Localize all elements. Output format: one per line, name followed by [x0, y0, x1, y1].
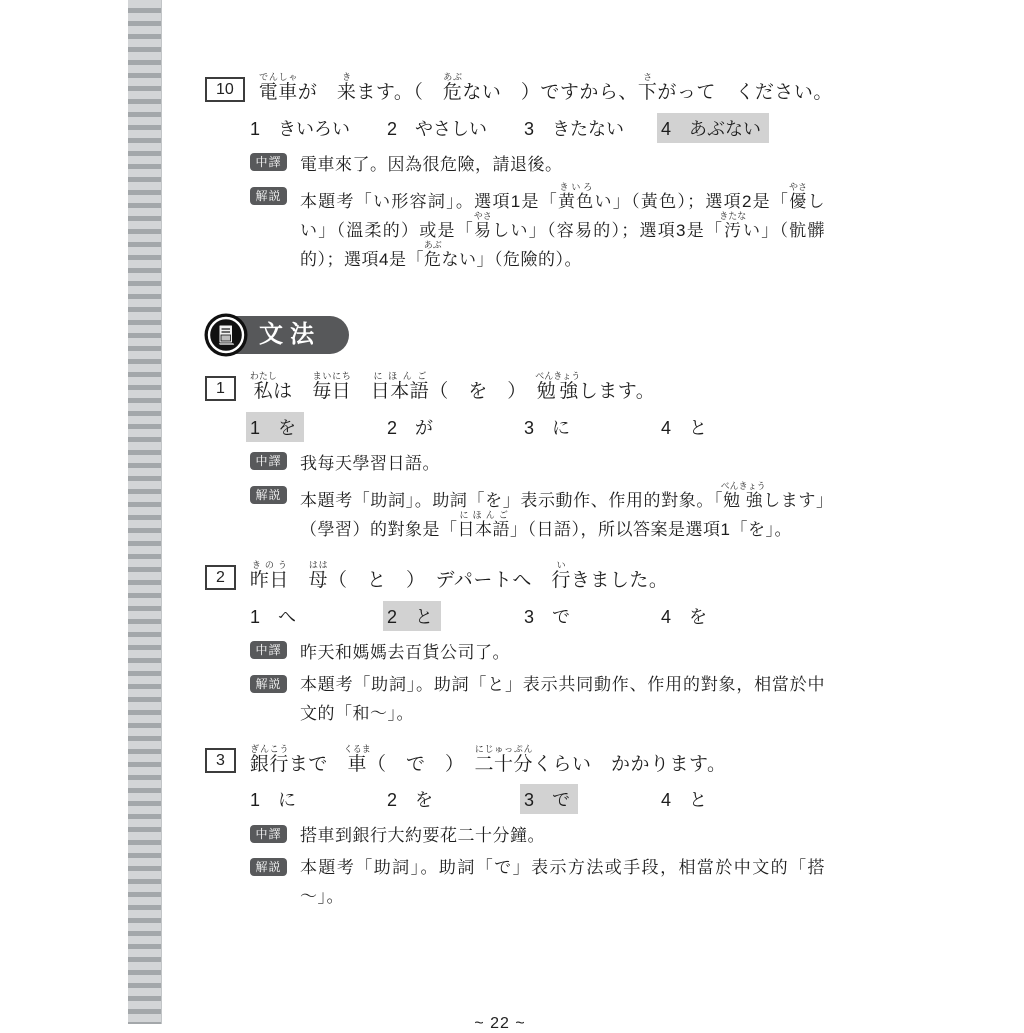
explanation-row: 解説 本題考「助詞」。助詞「で」表示方法或手段，相當於中文的「搭～」。 [250, 853, 825, 911]
question-line: 3 銀行ぎんこうまで 車くるま（ で ） 二十分にじゅっぷんくらい かかります。 [205, 744, 825, 776]
option-label: 4 と [657, 412, 715, 442]
option-2: 2 と [387, 601, 524, 627]
option-label: 1 きいろい [246, 113, 358, 143]
question-number: 1 [205, 376, 236, 401]
question-number: 2 [205, 565, 236, 590]
question-3: 3 銀行ぎんこうまで 車くるま（ で ） 二十分にじゅっぷんくらい かかります。… [205, 744, 825, 912]
explanation-text: 本題考「い形容詞」。選項1是「黄色きいろい」（黃色）；選項2是「優やさしい」（溫… [300, 182, 825, 274]
explanation-row: 解説 本題考「助詞」。助詞「と」表示共同動作、作用的對象，相當於中文的「和～」。 [250, 670, 825, 728]
option-1: 1 きいろい [250, 113, 387, 139]
option-3: 3 で [524, 601, 661, 627]
explanation-badge: 解説 [250, 675, 287, 693]
translation-row: 中譯 搭車到銀行大約要花二十分鐘。 [250, 821, 825, 846]
option-3: 3 きたない [524, 113, 661, 139]
question-line: 2 昨日きのう 母はは（ と ） デパートへ 行いきました。 [205, 560, 825, 592]
question-stem: 電車でんしゃが 来きます。（ 危あぶない ）ですから、下さがって ください。 [259, 72, 833, 104]
options-row: 1 に2 を3 で4 と [250, 784, 825, 810]
question-1: 1 私わたしは 毎日まいにち 日本語にほんご（ を ） 勉強べんきょうします。 … [205, 371, 825, 544]
grammar-section-header: 文法 [207, 316, 349, 354]
option-4: 4 を [661, 601, 798, 627]
explanation-text: 本題考「助詞」。助詞「と」表示共同動作、作用的對象，相當於中文的「和～」。 [300, 670, 825, 728]
option-2: 2 を [387, 784, 524, 810]
options-row: 1 を2 が3 に4 と [250, 412, 825, 438]
question-number: 10 [205, 77, 245, 102]
page-content: 10 電車でんしゃが 来きます。（ 危あぶない ）ですから、下さがって ください… [205, 72, 825, 1024]
option-1: 1 へ [250, 601, 387, 627]
option-label: 4 と [657, 784, 715, 814]
option-label: 3 きたない [520, 113, 632, 143]
binding-strip [128, 0, 162, 1024]
option-1: 1 に [250, 784, 387, 810]
question-stem: 銀行ぎんこうまで 車くるま（ で ） 二十分にじゅっぷんくらい かかります。 [250, 744, 727, 776]
options-row: 1 きいろい2 やさしい3 きたない4 あぶない [250, 113, 825, 139]
explanation-text: 本題考「助詞」。助詞「で」表示方法或手段，相當於中文的「搭～」。 [300, 853, 825, 911]
option-4: 4 と [661, 784, 798, 810]
translation-badge: 中譯 [250, 825, 287, 843]
translation-text: 電車來了。因為很危險，請退後。 [300, 150, 563, 175]
option-2: 2 が [387, 412, 524, 438]
book-icon [204, 313, 248, 357]
question-line: 10 電車でんしゃが 来きます。（ 危あぶない ）ですから、下さがって ください… [205, 72, 825, 104]
option-answer-highlight: 3 で [520, 784, 578, 814]
translation-text: 昨天和媽媽去百貨公司了。 [300, 638, 510, 663]
explanation-badge: 解説 [250, 187, 287, 205]
option-2: 2 やさしい [387, 113, 524, 139]
option-answer-highlight: 1 を [246, 412, 304, 442]
option-label: 4 を [657, 601, 715, 631]
option-label: 1 に [246, 784, 304, 814]
option-label: 3 に [520, 412, 578, 442]
option-label: 1 へ [246, 601, 304, 631]
translation-badge: 中譯 [250, 452, 287, 470]
option-3: 3 に [524, 412, 661, 438]
option-label: 2 やさしい [383, 113, 495, 143]
question-stem: 私わたしは 毎日まいにち 日本語にほんご（ を ） 勉強べんきょうします。 [250, 371, 655, 403]
option-label: 2 を [383, 784, 441, 814]
translation-row: 中譯 我每天學習日語。 [250, 449, 825, 474]
question-2: 2 昨日きのう 母はは（ と ） デパートへ 行いきました。 1 へ2 と3 で… [205, 560, 825, 728]
explanation-row: 解説 本題考「助詞」。助詞「を」表示動作、作用的對象。「勉強べんきょうします」（… [250, 481, 825, 544]
option-4: 4 と [661, 412, 798, 438]
explanation-row: 解説 本題考「い形容詞」。選項1是「黄色きいろい」（黃色）；選項2是「優やさしい… [250, 182, 825, 274]
option-1: 1 を [250, 412, 387, 438]
translation-text: 我每天學習日語。 [300, 449, 440, 474]
option-answer-highlight: 2 と [383, 601, 441, 631]
translation-text: 搭車到銀行大約要花二十分鐘。 [300, 821, 545, 846]
option-3: 3 で [524, 784, 661, 810]
translation-row: 中譯 昨天和媽媽去百貨公司了。 [250, 638, 825, 663]
explanation-badge: 解説 [250, 486, 287, 504]
translation-row: 中譯 電車來了。因為很危險，請退後。 [250, 150, 825, 175]
page-number: ~ 22 ~ [205, 1015, 795, 1024]
section-title: 文法 [259, 316, 321, 354]
option-answer-highlight: 4 あぶない [657, 113, 769, 143]
translation-badge: 中譯 [250, 641, 287, 659]
explanation-text: 本題考「助詞」。助詞「を」表示動作、作用的對象。「勉強べんきょうします」（學習）… [300, 481, 825, 544]
explanation-badge: 解説 [250, 858, 287, 876]
question-number: 3 [205, 748, 236, 773]
question-line: 1 私わたしは 毎日まいにち 日本語にほんご（ を ） 勉強べんきょうします。 [205, 371, 825, 403]
options-row: 1 へ2 と3 で4 を [250, 601, 825, 627]
question-10: 10 電車でんしゃが 来きます。（ 危あぶない ）ですから、下さがって ください… [205, 72, 825, 274]
translation-badge: 中譯 [250, 153, 287, 171]
option-label: 3 で [520, 601, 578, 631]
option-label: 2 が [383, 412, 441, 442]
option-4: 4 あぶない [661, 113, 798, 139]
question-stem: 昨日きのう 母はは（ と ） デパートへ 行いきました。 [250, 560, 668, 592]
